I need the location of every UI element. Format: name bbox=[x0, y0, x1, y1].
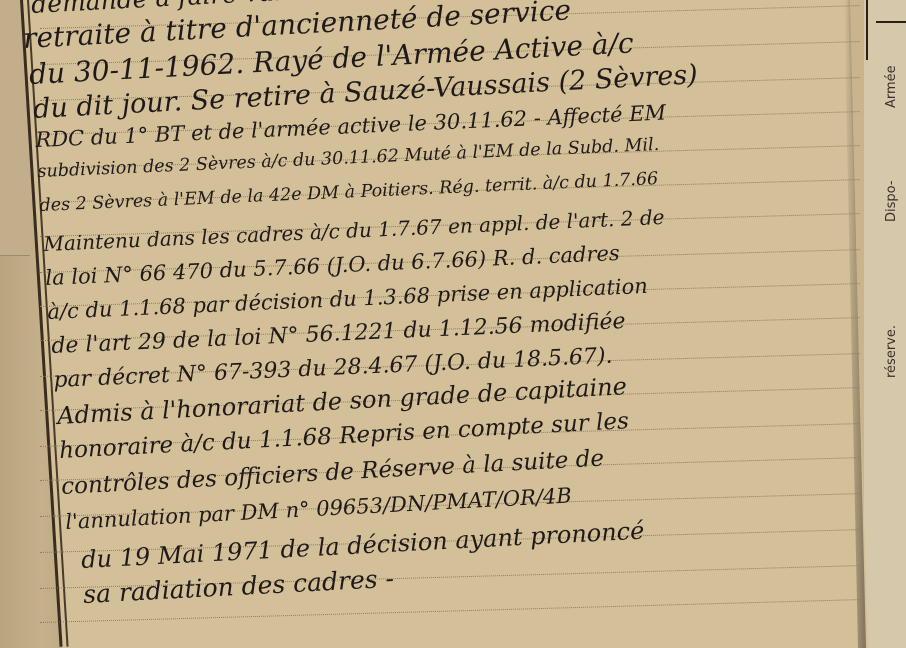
margin-label-armee: Armée bbox=[884, 65, 899, 108]
margin-label-dispo: Dispo- bbox=[884, 180, 899, 222]
margin-rule-vertical bbox=[866, 0, 868, 60]
margin-rule-horizontal bbox=[876, 21, 906, 23]
margin-label-reserve: réserve. bbox=[884, 325, 899, 378]
